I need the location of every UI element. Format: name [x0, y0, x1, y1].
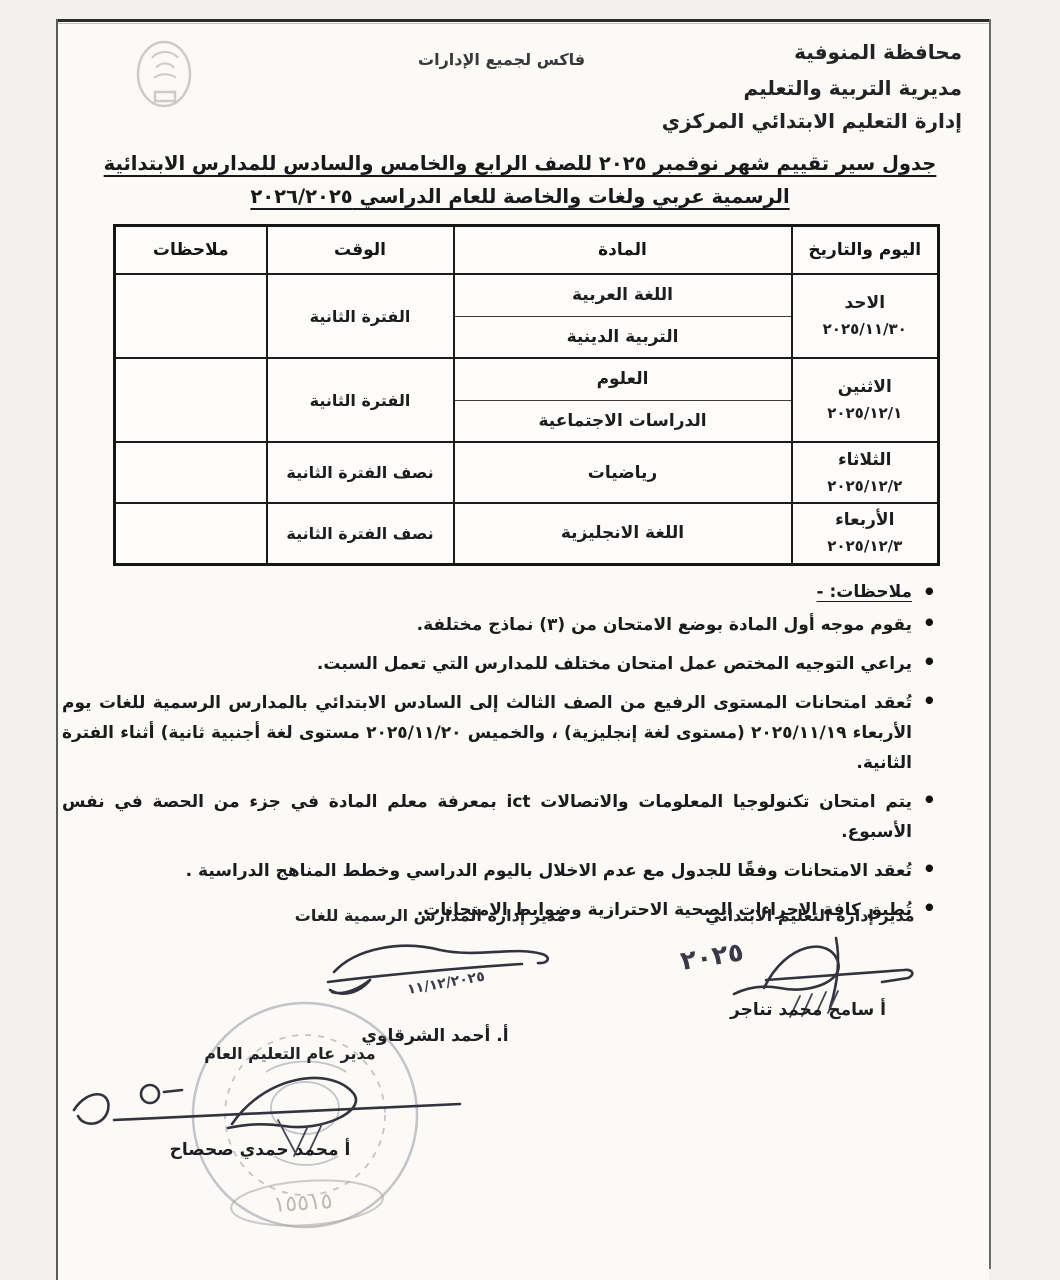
time-cell: الفترة الثانية	[267, 274, 454, 358]
signature-title-language-schools-director: مدير إدارة المدارس الرسمية للغات	[302, 906, 566, 925]
table-header-row: اليوم والتاريخ المادة الوقت ملاحظات	[115, 226, 939, 275]
org-name-governorate: محافظة المنوفية	[794, 40, 962, 64]
bullet-icon: •	[923, 647, 936, 677]
page-border-right	[989, 19, 991, 1269]
table-row: الاحد ٢٠٢٥/١١/٣٠ اللغة العربية التربية ا…	[115, 274, 939, 358]
day-cell: الاثنين ٢٠٢٥/١٢/١	[792, 358, 939, 442]
subject-cell: اللغة الانجليزية	[454, 503, 792, 564]
header-day-date: اليوم والتاريخ	[792, 226, 939, 275]
time-cell: نصف الفترة الثانية	[267, 442, 454, 503]
signature-title-primary-education-director: مدير إدارة التعليم الابتدائي	[700, 906, 920, 925]
notes-cell	[115, 503, 267, 564]
org-name-administration: إدارة التعليم الابتدائي المركزي	[662, 109, 962, 133]
table-row: الاثنين ٢٠٢٥/١٢/١ العلوم الدراسات الاجتم…	[115, 358, 939, 442]
note-item: •يراعي التوجيه المختص عمل امتحان مختلف ل…	[62, 649, 942, 679]
signature-name-bottom: أ محمد حمدي صحصاح	[148, 1140, 372, 1160]
bullet-icon: •	[923, 893, 936, 923]
day-cell: الاحد ٢٠٢٥/١١/٣٠	[792, 274, 939, 358]
note-item: •يقوم موجه أول المادة بوضع الامتحان من (…	[62, 610, 942, 640]
note-item: •تُعقد امتحانات المستوى الرفيع من الصف ا…	[62, 688, 942, 778]
page-border-top	[57, 19, 991, 22]
bullet-icon: •	[923, 785, 936, 815]
bullet-icon: •	[923, 854, 936, 884]
bullet-icon: •	[923, 686, 936, 716]
exam-schedule-table: اليوم والتاريخ المادة الوقت ملاحظات الاح…	[113, 224, 940, 566]
time-cell: الفترة الثانية	[267, 358, 454, 442]
notes-section: • ملاحظات: - •يقوم موجه أول المادة بوضع …	[62, 582, 942, 934]
title-line-1: جدول سير تقييم شهر نوفمبر ٢٠٢٥ للصف الرا…	[104, 152, 937, 175]
bullet-icon: •	[923, 580, 936, 604]
note-item: •تُعقد الامتحانات وفقًا للجدول مع عدم ال…	[62, 856, 942, 886]
org-name-directorate: مديرية التربية والتعليم	[744, 76, 963, 100]
subject-cell: رياضيات	[454, 442, 792, 503]
notes-cell	[115, 358, 267, 442]
header-time: الوقت	[267, 226, 454, 275]
document-title: جدول سير تقييم شهر نوفمبر ٢٠٢٥ للصف الرا…	[80, 147, 960, 213]
number-oval-stamp: ١٥٥١٥	[222, 1172, 392, 1234]
note-item: •يتم امتحان تكنولوجيا المعلومات والاتصال…	[62, 787, 942, 847]
header-notes: ملاحظات	[115, 226, 267, 275]
bullet-icon: •	[923, 608, 936, 638]
notes-heading: • ملاحظات: -	[62, 582, 942, 602]
notes-cell	[115, 442, 267, 503]
header-subject: المادة	[454, 226, 792, 275]
fax-distribution-note: فاكس لجميع الإدارات	[418, 50, 585, 69]
svg-text:٢٠٢٥: ٢٠٢٥	[678, 937, 745, 977]
title-line-2: الرسمية عربي ولغات والخاصة للعام الدراسي…	[250, 185, 789, 208]
notes-cell	[115, 274, 267, 358]
table-row: الأربعاء ٢٠٢٥/١٢/٣ اللغة الانجليزية نصف …	[115, 503, 939, 564]
signature-name-right: أ سامح محمد تناجر	[688, 1000, 928, 1020]
day-cell: الثلاثاء ٢٠٢٥/١٢/٢	[792, 442, 939, 503]
day-cell: الأربعاء ٢٠٢٥/١٢/٣	[792, 503, 939, 564]
subject-cell: اللغة العربية التربية الدينية	[454, 274, 792, 358]
subject-cell: العلوم الدراسات الاجتماعية	[454, 358, 792, 442]
time-cell: نصف الفترة الثانية	[267, 503, 454, 564]
table-row: الثلاثاء ٢٠٢٥/١٢/٢ رياضيات نصف الفترة ال…	[115, 442, 939, 503]
stamp-number-text: ١٥٥١٥	[273, 1189, 334, 1218]
eagle-emblem-stamp	[130, 36, 200, 120]
scanned-document-page: { "header": { "org_line1": "محافظة المنو…	[0, 0, 1060, 1280]
